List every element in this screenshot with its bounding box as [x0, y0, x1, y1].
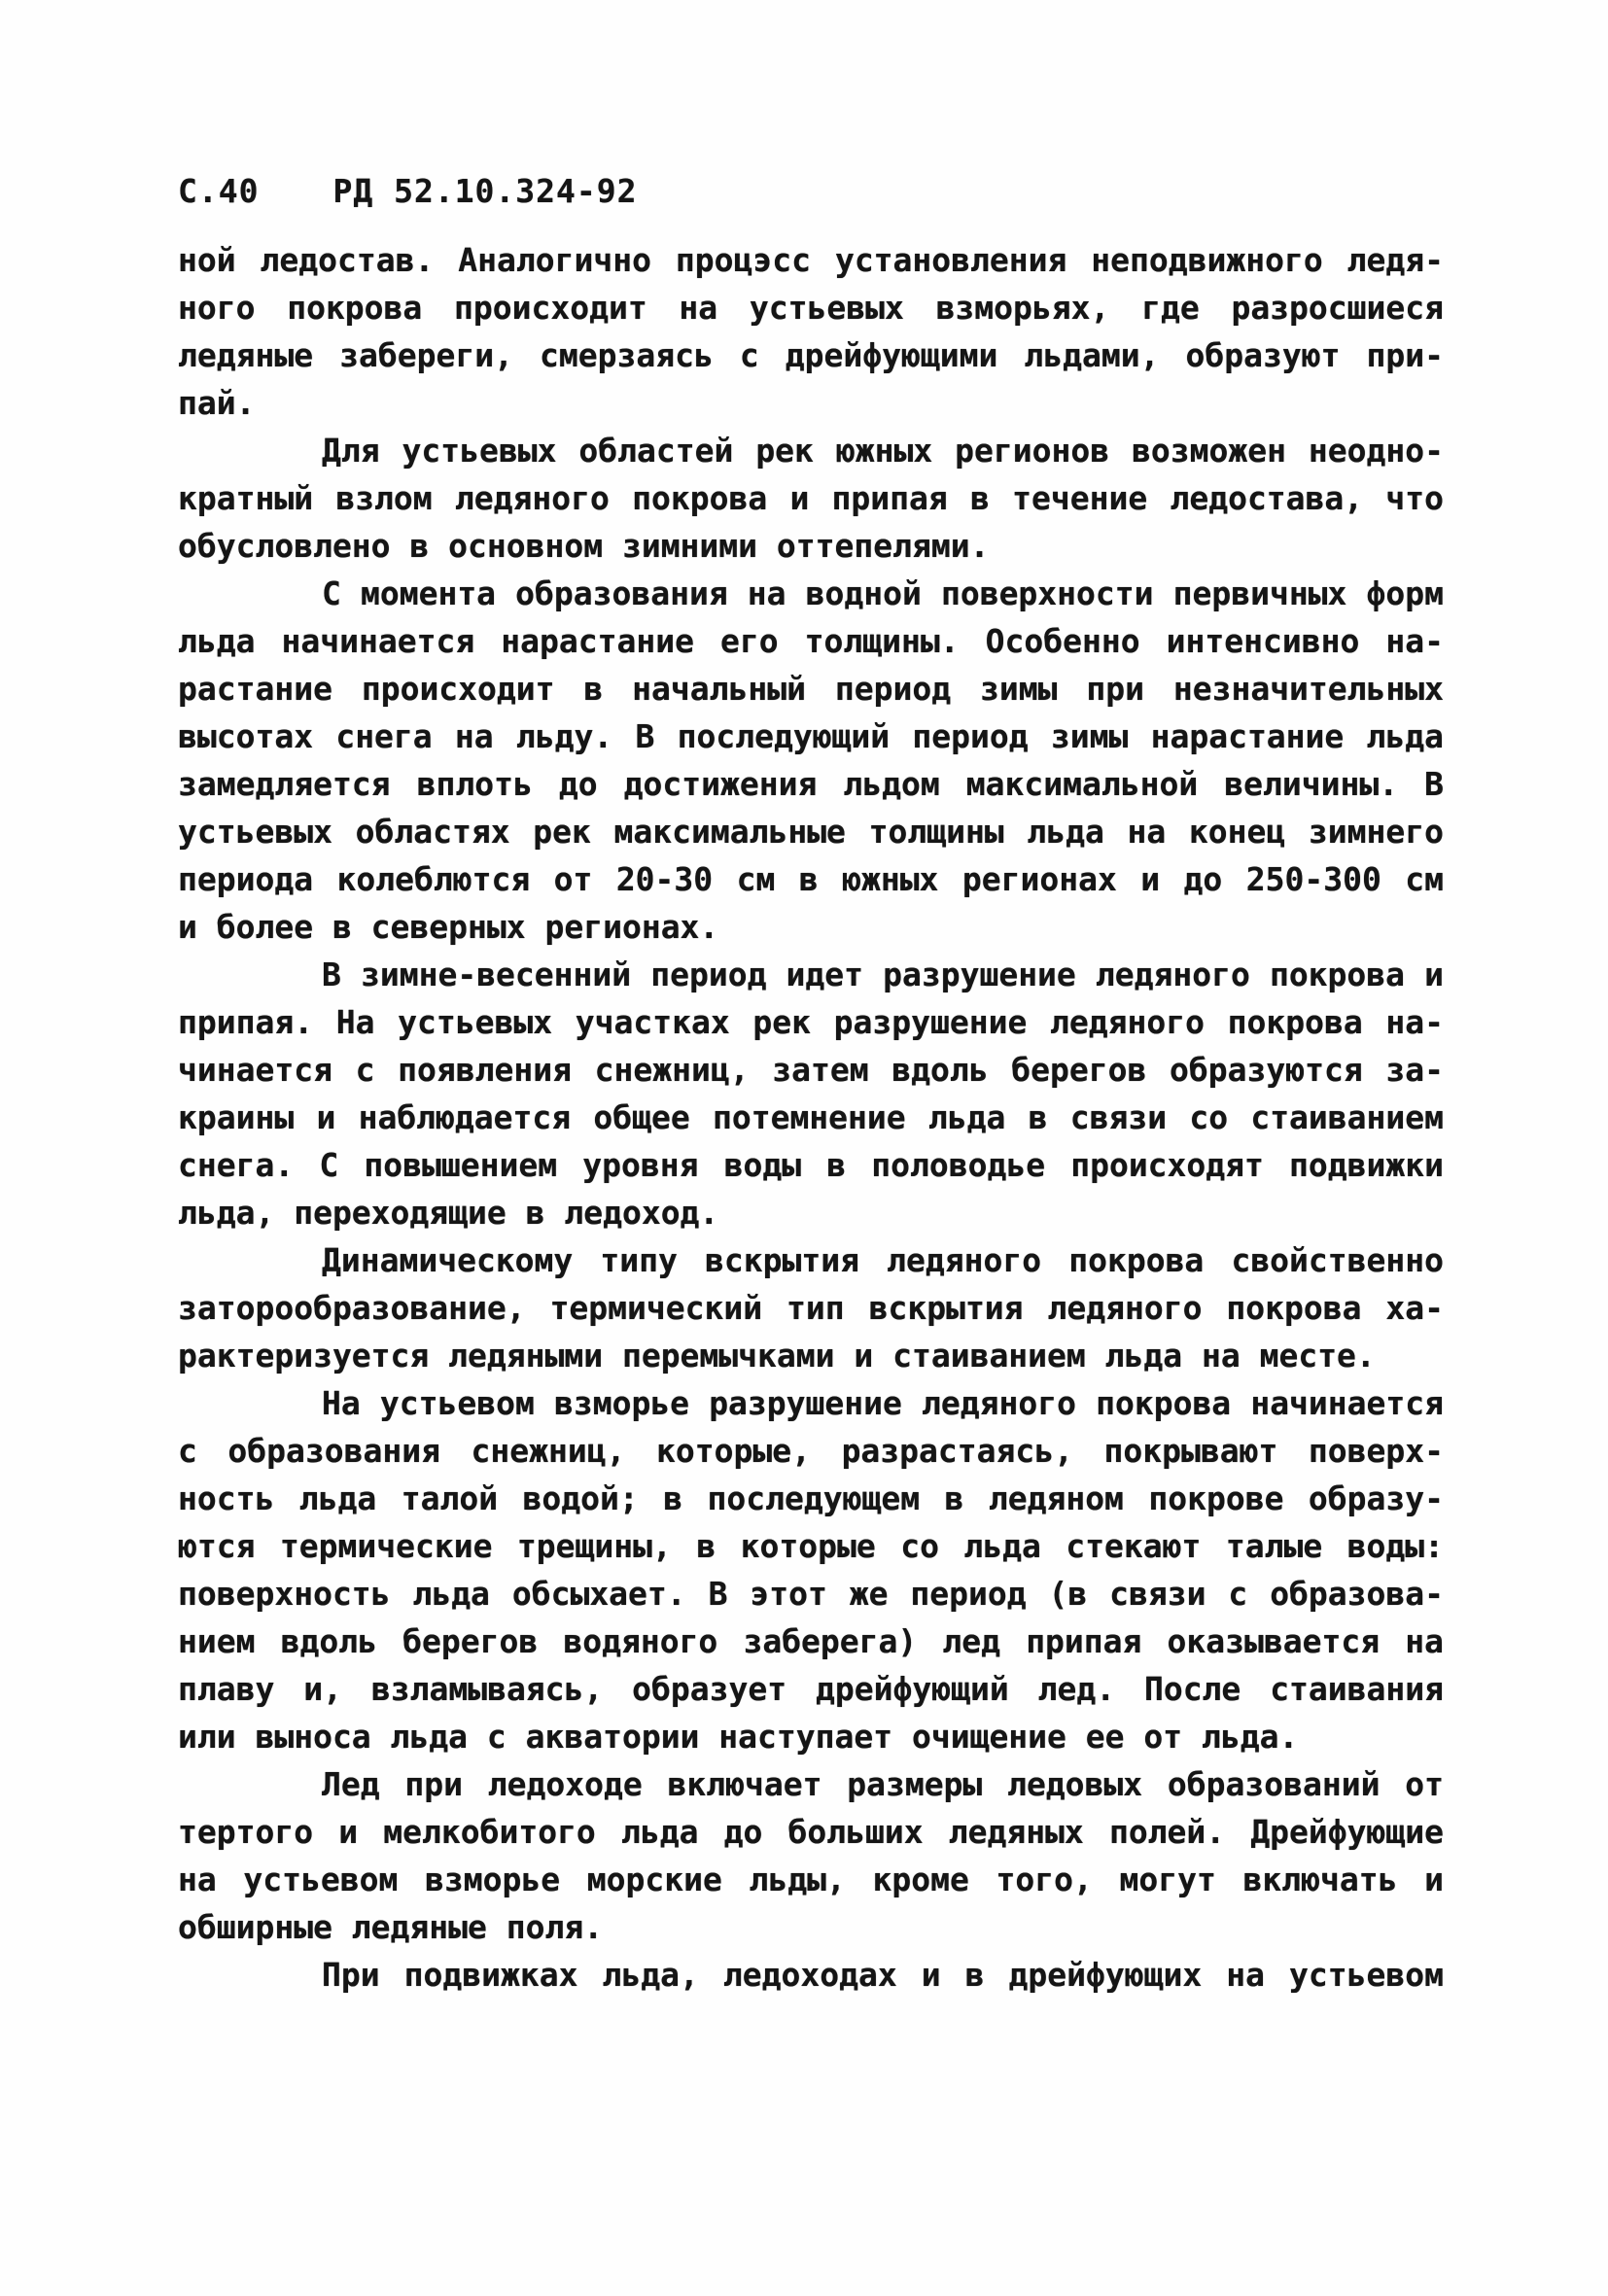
text-line: нием вдоль берегов водяного заберега) ле…: [178, 1618, 1444, 1665]
paragraph: В зимне-весенний период идет разрушение …: [178, 951, 1444, 1236]
text-line: чинается с появления снежниц, затем вдол…: [178, 1046, 1444, 1094]
text-line: льда, переходящие в ледоход.: [178, 1189, 1444, 1236]
text-line: краины и наблюдается общее потемнение ль…: [178, 1094, 1444, 1141]
text-line: высотах снега на льду. В последующий пер…: [178, 713, 1444, 760]
text-line: Динамическому типу вскрытия ледяного пок…: [178, 1236, 1444, 1284]
text-line: При подвижках льда, ледоходах и в дрейфу…: [178, 1951, 1444, 1999]
text-line: На устьевом взморье разрушение ледяного …: [178, 1379, 1444, 1427]
document-body: ной ледостав. Аналогично процэсс установ…: [178, 236, 1444, 1999]
text-line: обширные ледяные поля.: [178, 1903, 1444, 1951]
text-line: с образования снежниц, которые, разраста…: [178, 1427, 1444, 1475]
paragraph: Динамическому типу вскрытия ледяного пок…: [178, 1236, 1444, 1379]
text-line: льда начинается нарастание его толщины. …: [178, 617, 1444, 665]
text-line: или выноса льда с акватории наступает оч…: [178, 1713, 1444, 1760]
text-line: снега. С повышением уровня воды в полово…: [178, 1141, 1444, 1189]
text-line: пай.: [178, 379, 1444, 427]
text-line: ются термические трещины, в которые со л…: [178, 1522, 1444, 1570]
scanned-document-page: С.40 РД 52.10.324-92 ной ледостав. Анало…: [0, 0, 1608, 2296]
page-header: С.40 РД 52.10.324-92: [178, 167, 1444, 215]
text-line: устьевых областях рек максимальные толщи…: [178, 808, 1444, 855]
document-number: РД 52.10.324-92: [332, 167, 637, 215]
text-line: В зимне-весенний период идет разрушение …: [178, 951, 1444, 998]
paragraph: Лед при ледоходе включает размеры ледовы…: [178, 1760, 1444, 1951]
text-line: ной ледостав. Аналогично процэсс установ…: [178, 236, 1444, 284]
paragraph: При подвижках льда, ледоходах и в дрейфу…: [178, 1951, 1444, 1999]
text-line: на устьевом взморье морские льды, кроме …: [178, 1856, 1444, 1903]
paragraph: С момента образования на водной поверхно…: [178, 570, 1444, 951]
text-line: растание происходит в начальный период з…: [178, 665, 1444, 713]
text-line: Лед при ледоходе включает размеры ледовы…: [178, 1760, 1444, 1808]
text-line: плаву и, взламываясь, образует дрейфующи…: [178, 1665, 1444, 1713]
text-line: и более в северных регионах.: [178, 903, 1444, 951]
text-line: поверхность льда обсыхает. В этот же пер…: [178, 1570, 1444, 1618]
text-line: рактеризуется ледяными перемычками и ста…: [178, 1332, 1444, 1379]
text-line: тертого и мелкобитого льда до больших ле…: [178, 1808, 1444, 1856]
text-line: ного покрова происходит на устьевых взмо…: [178, 284, 1444, 331]
text-line: Для устьевых областей рек южных регионов…: [178, 427, 1444, 474]
text-line: припая. На устьевых участках рек разруше…: [178, 998, 1444, 1046]
text-line: ность льда талой водой; в последующем в …: [178, 1475, 1444, 1522]
text-line: замедляется вплоть до достижения льдом м…: [178, 760, 1444, 808]
paragraph: Для устьевых областей рек южных регионов…: [178, 427, 1444, 570]
paragraph: На устьевом взморье разрушение ледяного …: [178, 1379, 1444, 1760]
text-line: ледяные забереги, смерзаясь с дрейфующим…: [178, 331, 1444, 379]
text-line: периода колеблются от 20-30 см в южных р…: [178, 855, 1444, 903]
page-number: С.40: [178, 167, 259, 215]
text-line: заторообразование, термический тип вскры…: [178, 1284, 1444, 1332]
text-line: С момента образования на водной поверхно…: [178, 570, 1444, 617]
text-line: обусловлено в основном зимними оттепелям…: [178, 522, 1444, 570]
text-line: кратный взлом ледяного покрова и припая …: [178, 474, 1444, 522]
page-content: С.40 РД 52.10.324-92 ной ледостав. Анало…: [178, 167, 1444, 1999]
paragraph: ной ледостав. Аналогично процэсс установ…: [178, 236, 1444, 427]
